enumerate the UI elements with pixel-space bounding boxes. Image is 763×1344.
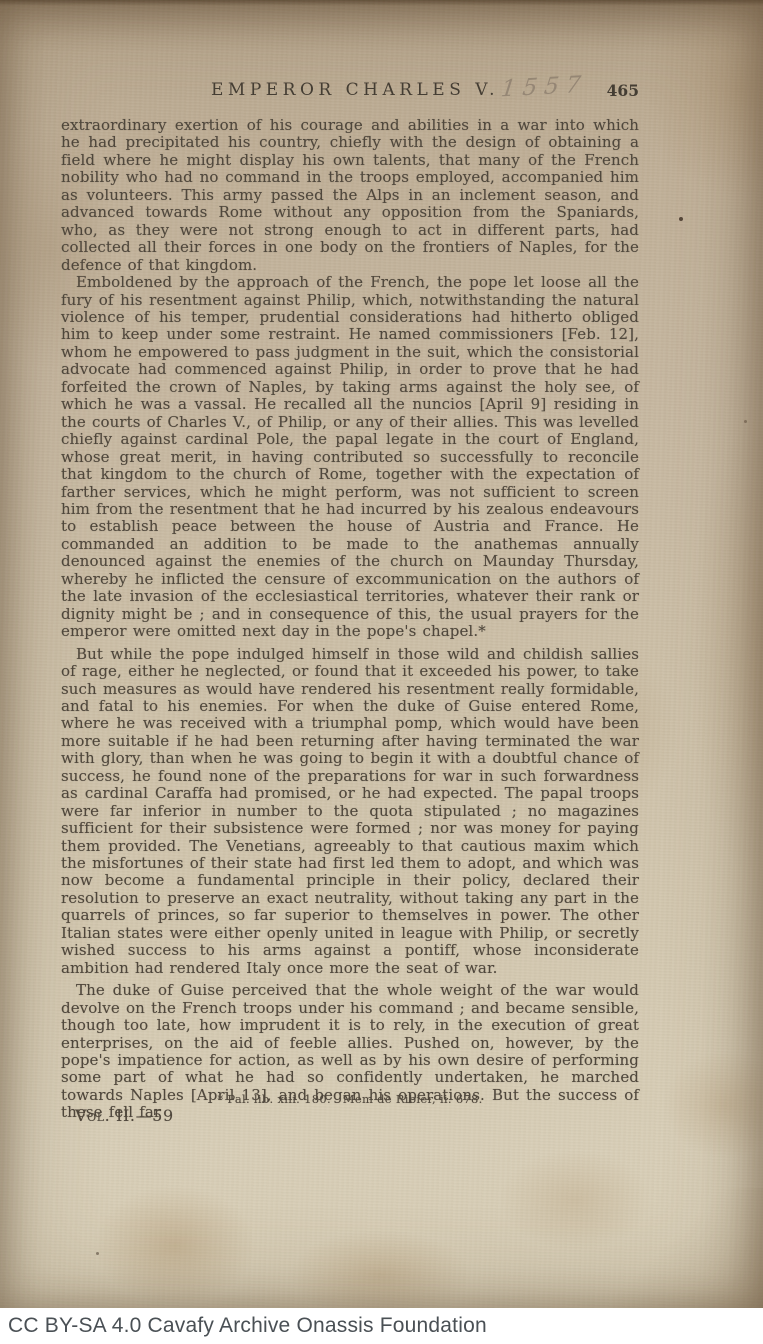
license-bar: CC BY-SA 4.0 Cavafy Archive Onassis Foun…: [0, 1308, 763, 1344]
license-text: CC BY-SA 4.0 Cavafy Archive Onassis Foun…: [0, 1314, 487, 1338]
paragraph: Emboldened by the approach of the French…: [61, 274, 639, 641]
handwritten-year-annotation: 1557: [499, 72, 589, 103]
ink-speck: [744, 420, 747, 423]
page-header: EMPEROR CHARLES V. 1557 465: [61, 80, 639, 104]
page-corner-fold: [613, 1188, 763, 1308]
scanned-book-page: EMPEROR CHARLES V. 1557 465 extraordinar…: [0, 0, 763, 1344]
ink-speck: [96, 1252, 99, 1255]
paper-stain: [660, 330, 763, 970]
paper-stain: [60, 1160, 290, 1308]
printed-content: EMPEROR CHARLES V. 1557 465 extraordinar…: [61, 80, 639, 1122]
running-title: EMPEROR CHARLES V.: [211, 80, 499, 100]
page-paper: EMPEROR CHARLES V. 1557 465 extraordinar…: [0, 0, 763, 1308]
ink-speck: [679, 217, 683, 221]
body-text: extraordinary exertion of his courage an…: [61, 117, 639, 1122]
paragraph: extraordinary exertion of his courage an…: [61, 117, 639, 274]
paper-stain: [470, 1130, 680, 1270]
paper-stain: [640, 1030, 763, 1180]
footnote: * Pal. lib. xiii. 180. Mem de Ribier, ii…: [61, 1092, 639, 1106]
paper-stain: [250, 1210, 510, 1308]
page-number: 465: [607, 81, 639, 100]
volume-signature: Vol. II.—59: [75, 1106, 174, 1125]
paragraph: But while the pope indulged himself in t…: [61, 646, 639, 978]
